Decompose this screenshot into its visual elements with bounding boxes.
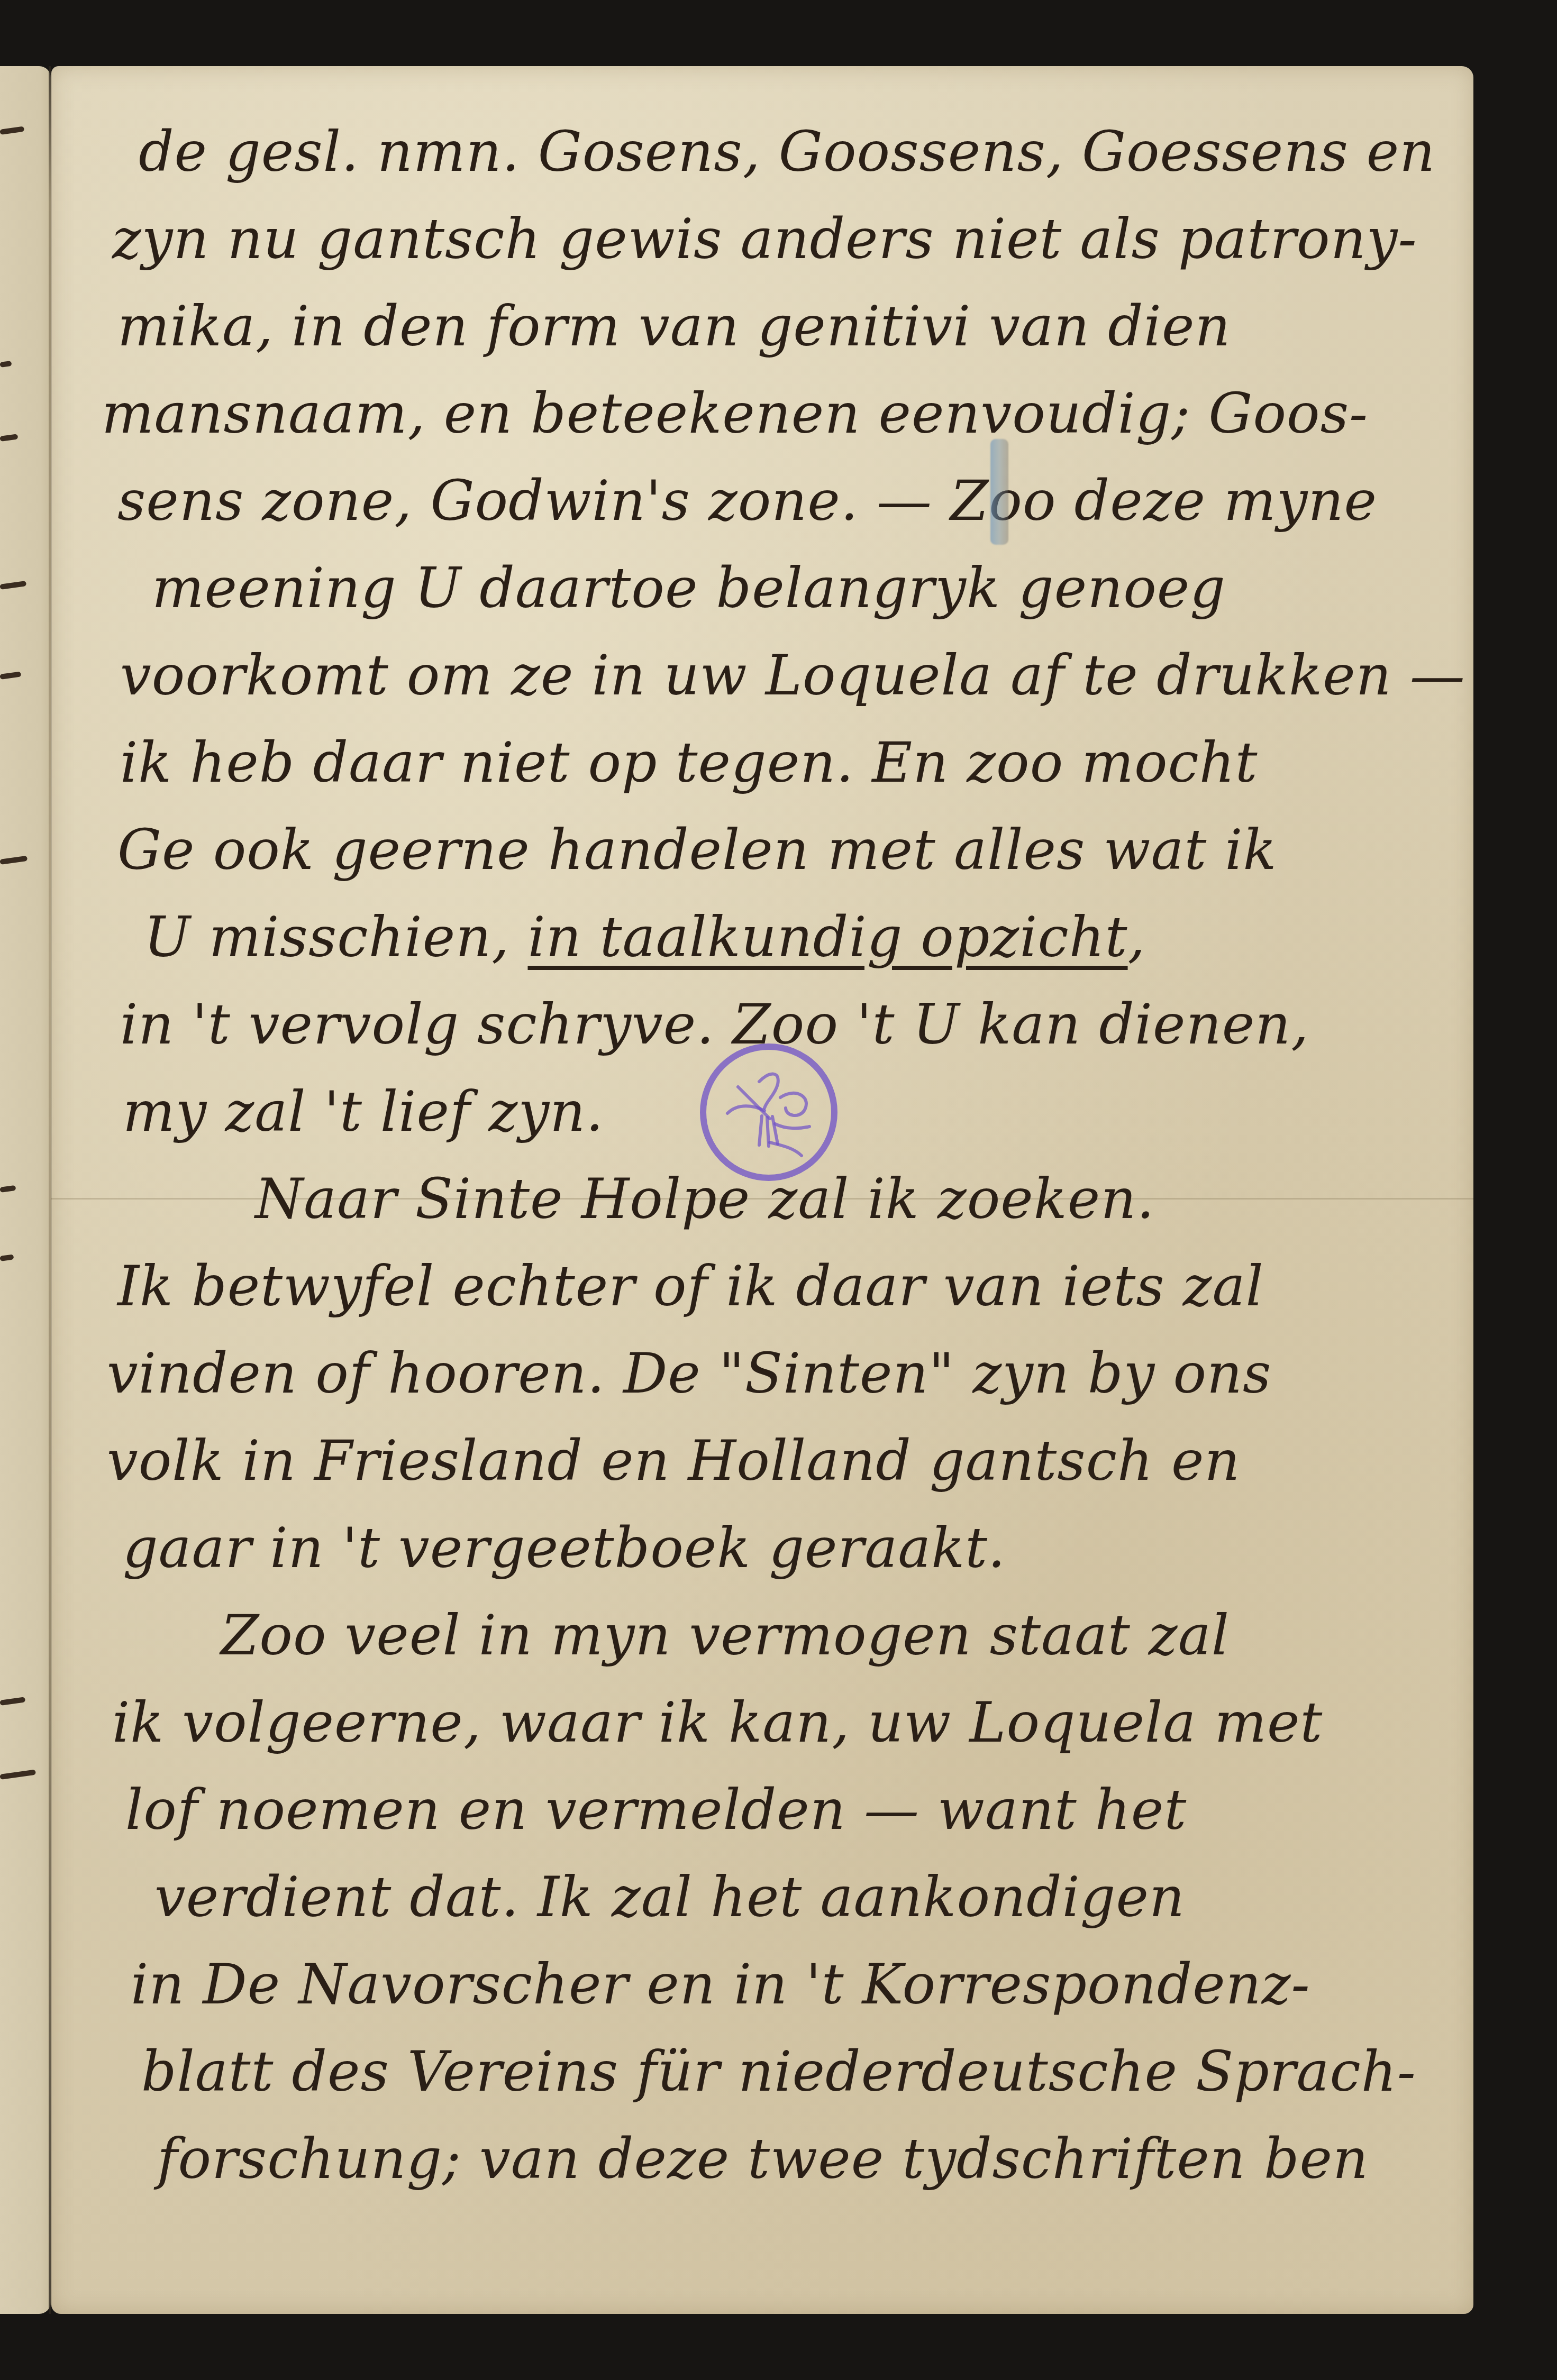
text-line: sens zone, Godwin's zone. — Zoo deze myn… xyxy=(117,473,1377,528)
text-line: ik heb daar niet op tegen. En zoo mocht xyxy=(120,735,1258,790)
text-line: vinden of hooren. De "Sinten" zyn by ons xyxy=(107,1346,1271,1401)
text-line: blatt des Vereins für niederdeutsche Spr… xyxy=(141,2044,1416,2099)
text-line: zyn nu gantsch gewis anders niet als pat… xyxy=(112,212,1417,267)
facing-page-ink-fragment xyxy=(0,361,12,368)
text-line: Ge ook geerne handelen met alles wat ik xyxy=(117,822,1277,877)
text-line: volk in Friesland en Holland gantsch en xyxy=(107,1433,1241,1488)
text-line: forschung; van deze twee tydschriften be… xyxy=(157,2131,1369,2186)
facing-page-ink-fragment xyxy=(0,671,21,679)
text-line: in 't vervolg schryve. Zoo 't U kan dien… xyxy=(120,997,1309,1052)
text-line: de gesl. nmn. Gosens, Goossens, Goessens… xyxy=(139,124,1435,179)
underlined-phrase: in taalkundig opzicht xyxy=(527,905,1127,969)
text-line: in De Navorscher en in 't Korrespondenz- xyxy=(131,1957,1310,2012)
facing-page-edge xyxy=(0,66,51,2314)
library-ink-stamp xyxy=(700,1043,837,1181)
handwritten-text: de gesl. nmn. Gosens, Goossens, Goessens… xyxy=(51,66,1473,2314)
text-line-underlined: U misschien, in taalkundig opzicht, xyxy=(144,910,1146,965)
text-line: mika, in den form van genitivi van dien xyxy=(117,299,1231,354)
facing-page-ink-fragment xyxy=(0,434,18,442)
text-line: verdient dat. Ik zal het aankondigen xyxy=(154,1870,1185,1925)
text-line: gaar in 't vergeetboek geraakt. xyxy=(123,1521,1006,1576)
facing-page-ink-fragment xyxy=(0,1697,25,1706)
letter-page: de gesl. nmn. Gosens, Goossens, Goessens… xyxy=(51,66,1473,2314)
facing-page-ink-fragment xyxy=(0,1254,14,1261)
facing-page-ink-fragment xyxy=(0,126,24,135)
facing-page-ink-fragment xyxy=(0,581,26,590)
text-span: , xyxy=(1128,905,1146,969)
text-line: mansnaam, en beteekenen eenvoudig; Goos- xyxy=(102,386,1368,441)
text-line: my zal 't lief zyn. xyxy=(123,1084,604,1139)
stamp-emblem-icon xyxy=(706,1050,831,1175)
facing-page-ink-fragment xyxy=(0,1770,36,1780)
text-line: ik volgeerne, waar ik kan, uw Loquela me… xyxy=(112,1695,1323,1750)
text-line: voorkomt om ze in uw Loquela af te drukk… xyxy=(120,648,1465,703)
page-seam xyxy=(49,66,51,2314)
text-line: lof noemen en vermelden — want het xyxy=(125,1782,1187,1837)
text-line: Naar Sinte Holpe zal ik zoeken. xyxy=(255,1171,1154,1226)
text-line: Ik betwyfel echter of ik daar van iets z… xyxy=(117,1259,1264,1314)
text-span: U misschien, xyxy=(144,905,527,969)
facing-page-ink-fragment xyxy=(0,1185,16,1193)
blue-pencil-mark xyxy=(990,439,1008,545)
text-line: meening U daartoe belangryk genoeg xyxy=(152,561,1226,616)
text-line: Zoo veel in myn vermogen staat zal xyxy=(221,1608,1230,1663)
facing-page-ink-fragment xyxy=(0,856,28,865)
